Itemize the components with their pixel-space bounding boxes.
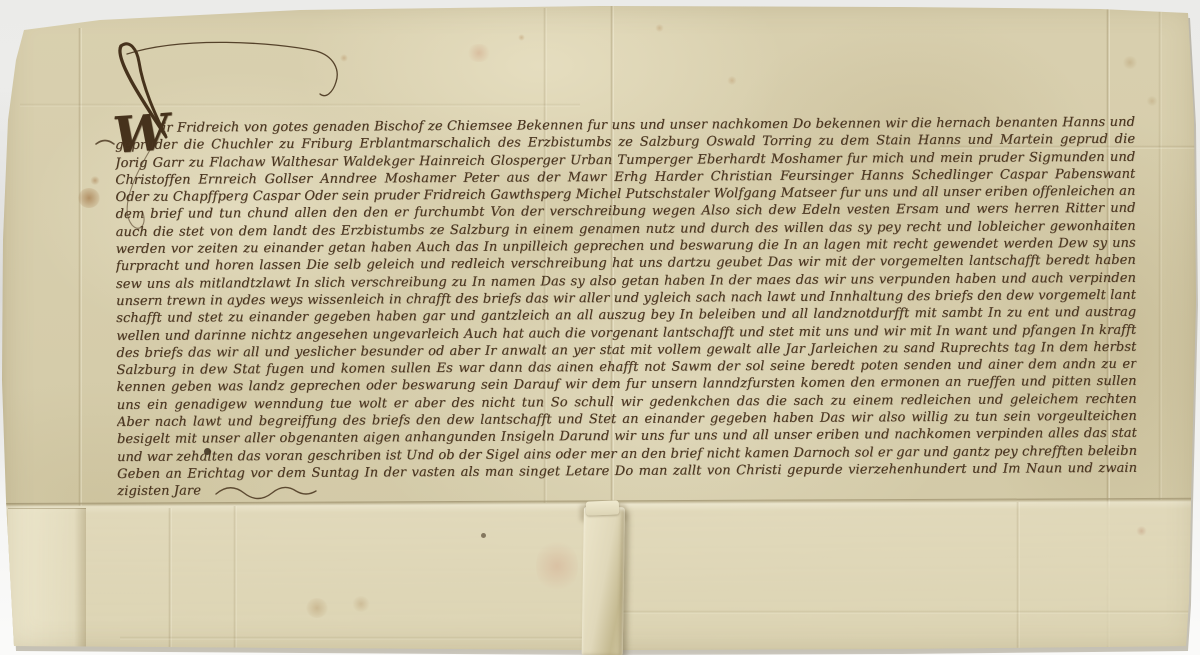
seal-tongue-top bbox=[586, 500, 619, 515]
manuscript-text-block: ir Fridreich von gotes genaden Bischof z… bbox=[115, 114, 1139, 501]
seal-tongue-strip bbox=[582, 507, 625, 655]
line-end-flourish bbox=[212, 480, 322, 502]
photo-of-parchment-charter: { "document": { "description": "Photogra… bbox=[0, 0, 1200, 655]
